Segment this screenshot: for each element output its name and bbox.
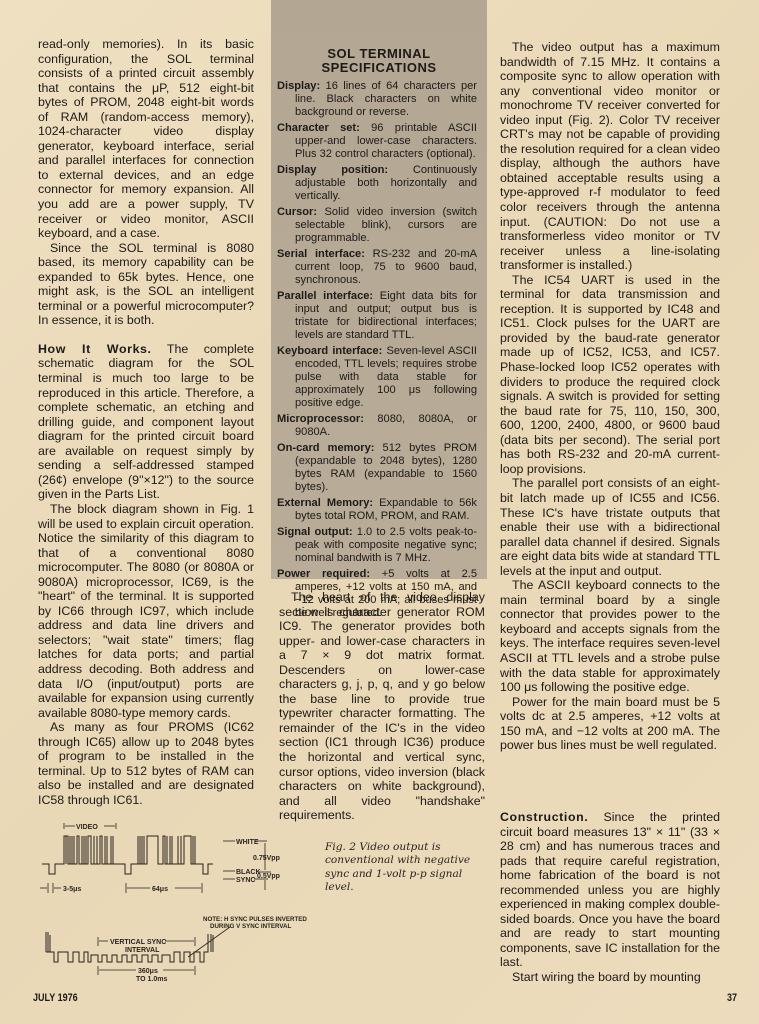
paragraph: The ASCII keyboard connects to the main …: [500, 578, 720, 694]
label-vsync-duration-1: 360μs: [138, 968, 158, 975]
spec-item: Display: 16 lines of 64 characters per l…: [277, 80, 477, 119]
label-line-period: 64μs: [152, 886, 168, 893]
horizontal-waveform: [42, 836, 213, 874]
article-column-3-construction: Construction. Since the printed circuit …: [500, 810, 720, 985]
spec-item: Signal output: 1.0 to 2.5 volts peak-to-…: [277, 526, 477, 565]
specifications-title: SOL TERMINAL SPECIFICATIONS: [271, 47, 487, 75]
figure-caption: Fig. 2 Video output is conventional with…: [325, 841, 485, 894]
label-sync-width: 3-5μs: [63, 886, 81, 893]
title-line-2: SPECIFICATIONS: [271, 61, 487, 75]
spec-label: Display:: [277, 80, 320, 92]
paragraph: The parallel port consists of an eight-b…: [500, 476, 720, 578]
label-white: WHITE: [236, 839, 259, 846]
spec-label: Cursor:: [277, 206, 317, 218]
paragraph: The heart of the video display section i…: [279, 590, 485, 823]
label-sync: SYNC: [236, 877, 255, 884]
paragraph: Start wiring the board by mounting: [500, 970, 720, 985]
paragraph: read-only memories). In its basic config…: [38, 37, 254, 241]
paragraph: Since the printed circuit board measures…: [500, 810, 720, 969]
label-note-2: DURING V SYNC INTERVAL: [210, 923, 291, 930]
paragraph: The video output has a maximum bandwidth…: [500, 40, 720, 273]
section-heading: How It Works.: [38, 342, 152, 356]
article-column-2: The heart of the video display section i…: [279, 590, 485, 823]
spec-item: Character set: 96 printable ASCII upper-…: [277, 122, 477, 161]
spec-label: On-card memory:: [277, 442, 374, 454]
spec-label: Character set:: [277, 122, 360, 134]
page-number: 37: [727, 992, 737, 1004]
label-05vpp: 0.5Vpp: [257, 873, 280, 880]
label-vsync-1: VERTICAL SYNC: [110, 939, 166, 946]
spec-item: On-card memory: 512 bytes PROM (expandab…: [277, 442, 477, 494]
paragraph: The complete schematic diagram for the S…: [38, 342, 254, 501]
label-vsync-2: INTERVAL: [125, 947, 160, 954]
spec-label: Keyboard interface:: [277, 345, 382, 357]
spec-label: Signal output:: [277, 526, 353, 538]
spec-label: Microprocessor:: [277, 413, 364, 425]
spec-label: Serial interface:: [277, 248, 365, 260]
paragraph: As many as four PROMS (IC62 through IC65…: [38, 720, 254, 807]
paragraph: The IC54 UART is used in the terminal fo…: [500, 273, 720, 477]
label-075vpp: 0.75Vpp: [253, 855, 280, 862]
section-construction: Construction. Since the printed circuit …: [500, 810, 720, 970]
label-note-1: NOTE: H SYNC PULSES INVERTED: [203, 916, 307, 923]
spec-item: Parallel interface: Eight data bits for …: [277, 290, 477, 342]
issue-date: JULY 1976: [33, 992, 78, 1004]
section-heading: Construction.: [500, 810, 588, 824]
spec-value: 16 lines of 64 characters per line. Blac…: [295, 80, 477, 118]
spec-label: External Memory:: [277, 497, 373, 509]
waveform-diagram: VIDEO WHITE BLACK SYNC 0.75Vpp 0.5Vpp 3-…: [30, 815, 330, 995]
article-column-3: The video output has a maximum bandwidth…: [500, 40, 720, 753]
spec-item: Microprocessor: 8080, 8080A, or 9080A.: [277, 413, 477, 439]
spec-item: Keyboard interface: Seven-level ASCII en…: [277, 345, 477, 410]
spec-item: External Memory: Expandable to 56k bytes…: [277, 497, 477, 523]
spec-item: Serial interface: RS-232 and 20-mA curre…: [277, 248, 477, 287]
title-line-1: SOL TERMINAL: [271, 47, 487, 61]
figure-2-video-waveform: VIDEO WHITE BLACK SYNC 0.75Vpp 0.5Vpp 3-…: [30, 815, 330, 995]
specifications-box: SOL TERMINAL SPECIFICATIONS Display: 16 …: [271, 0, 487, 579]
label-vsync-duration-2: TO 1.0ms: [136, 976, 167, 983]
spec-item: Display position: Continuously adjustabl…: [277, 164, 477, 203]
article-column-1: read-only memories). In its basic config…: [38, 37, 254, 807]
label-video: VIDEO: [76, 824, 98, 831]
spec-label: Display position:: [277, 164, 388, 176]
paragraph: Since the SOL terminal is 8080 based, it…: [38, 241, 254, 328]
paragraph: Power for the main board must be 5 volts…: [500, 695, 720, 753]
spec-label: Parallel interface:: [277, 290, 373, 302]
specifications-list: Display: 16 lines of 64 characters per l…: [277, 80, 477, 623]
section-how-it-works: How It Works. The complete schematic dia…: [38, 342, 254, 502]
spec-item: Cursor: Solid video inversion (switch se…: [277, 206, 477, 245]
spec-label: Power required:: [277, 568, 370, 580]
spec-value: Solid video inversion (switch selectable…: [295, 206, 477, 244]
paragraph: The block diagram shown in Fig. 1 will b…: [38, 502, 254, 720]
